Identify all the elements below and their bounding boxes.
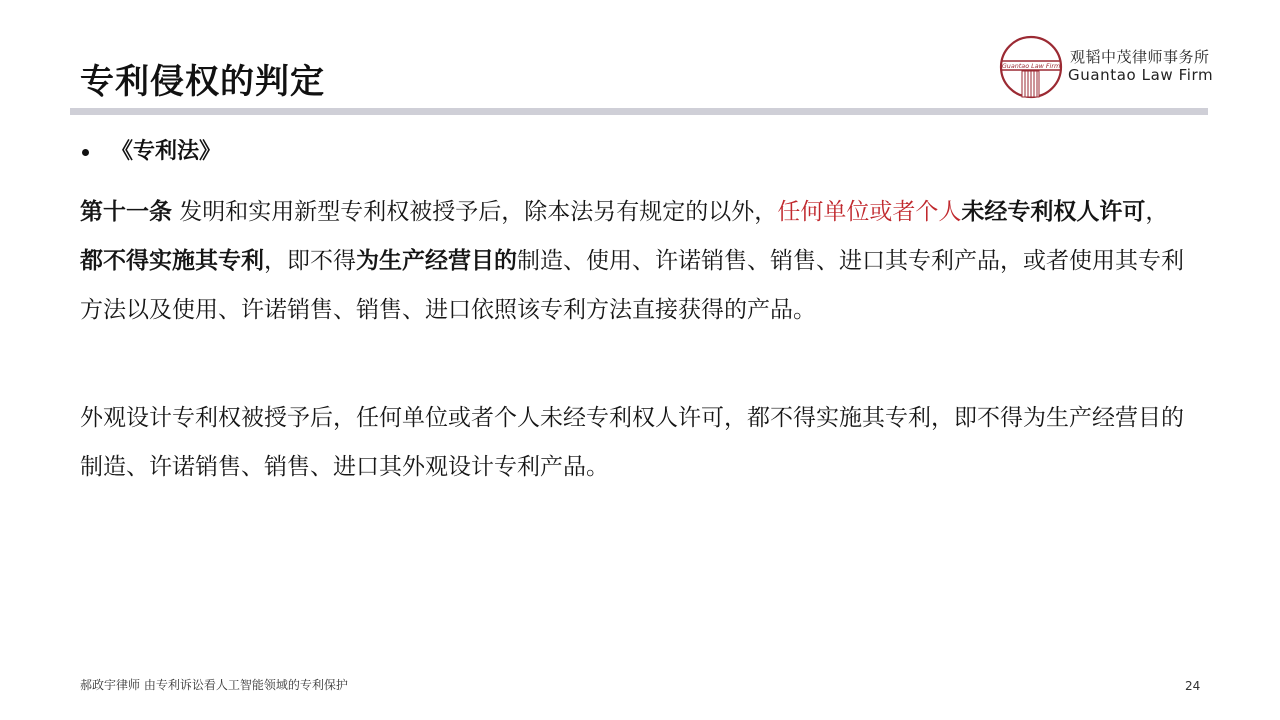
firm-logo: Guantao Law Firm 观韬中茂律师事务所 Guantao Law F… (998, 34, 1218, 102)
bullet-text: 《专利法》 (111, 139, 221, 164)
text-segment: 发明和实用新型专利权被授予后，除本法另有规定的以外， (172, 199, 777, 225)
firm-name-cn: 观韬中茂律师事务所 (1070, 46, 1210, 67)
bold-text: 为生产经营目的 (356, 248, 517, 274)
text-segment: ，即不得 (264, 248, 356, 274)
slide-title: 专利侵权的判定 (80, 60, 325, 104)
bullet-item: 《专利法》 (80, 136, 221, 168)
firm-logo-mark-icon: Guantao Law Firm (998, 34, 1064, 100)
bold-text: 未经专利权人许可 (961, 199, 1145, 225)
page-number: 24 (1185, 679, 1200, 693)
svg-text:Guantao Law Firm: Guantao Law Firm (1002, 62, 1060, 70)
highlight-text: 任何单位或者个人 (777, 199, 961, 225)
firm-name-en: Guantao Law Firm (1068, 66, 1213, 84)
design-patent-paragraph: 外观设计专利权被授予后，任何单位或者个人未经专利权人许可，都不得实施其专利，即不… (80, 394, 1190, 492)
footer-caption: 郝政宇律师 由专利诉讼看人工智能领域的专利保护 (80, 676, 348, 693)
text-segment: ， (1145, 199, 1168, 225)
title-divider (70, 108, 1208, 115)
bullet-dot-icon (82, 149, 89, 156)
bold-text: 都不得实施其专利 (80, 248, 264, 274)
article-number: 第十一条 (80, 199, 172, 225)
article-11-paragraph: 第十一条 发明和实用新型专利权被授予后，除本法另有规定的以外，任何单位或者个人未… (80, 188, 1190, 335)
